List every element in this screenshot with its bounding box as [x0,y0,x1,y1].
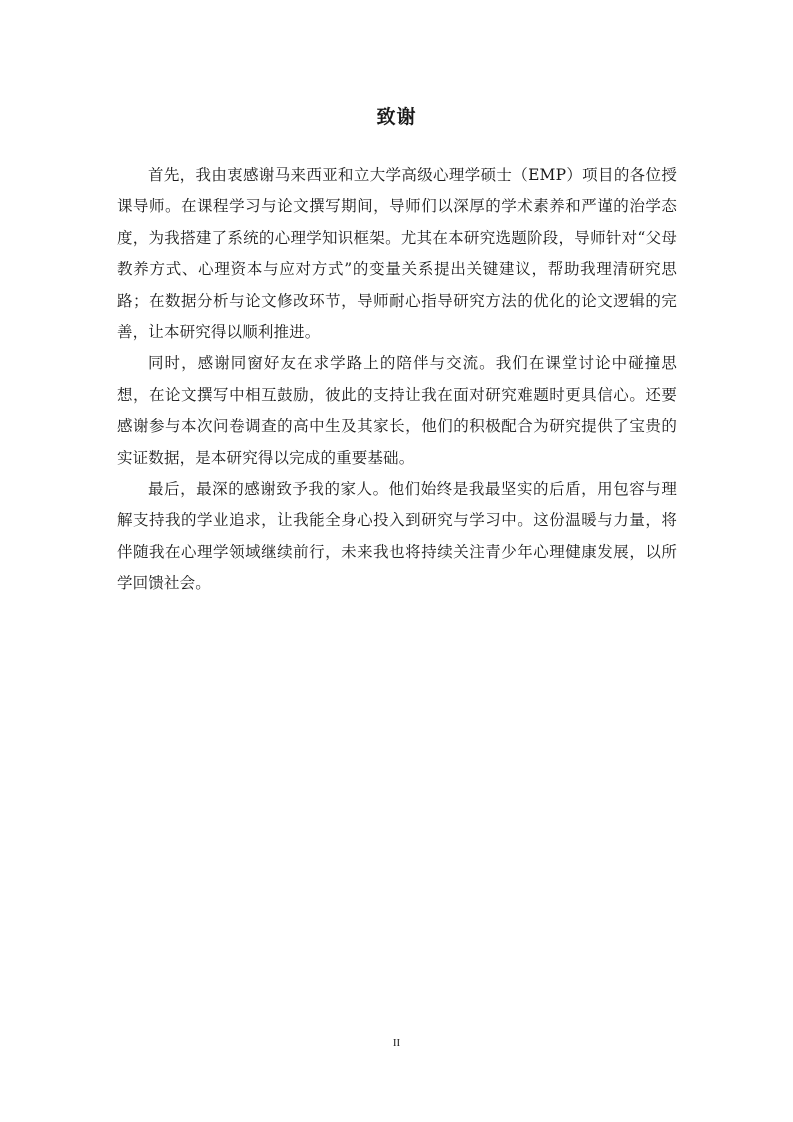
paragraph-mentors: 首先，我由衷感谢马来西亚和立大学高级心理学硕士（EMP）项目的各位授课导师。在课… [117,160,677,348]
page-title: 致谢 [0,104,793,130]
paragraph-family: 最后，最深的感谢致予我的家人。他们始终是我最坚实的后盾，用包容与理解支持我的学业… [117,474,677,600]
document-page: 致谢 首先，我由衷感谢马来西亚和立大学高级心理学硕士（EMP）项目的各位授课导师… [0,0,793,1122]
acknowledgement-body: 首先，我由衷感谢马来西亚和立大学高级心理学硕士（EMP）项目的各位授课导师。在课… [117,160,677,600]
paragraph-classmates: 同时，感谢同窗好友在求学路上的陪伴与交流。我们在课堂讨论中碰撞思想，在论文撰写中… [117,348,677,474]
page-number: II [0,1036,793,1050]
